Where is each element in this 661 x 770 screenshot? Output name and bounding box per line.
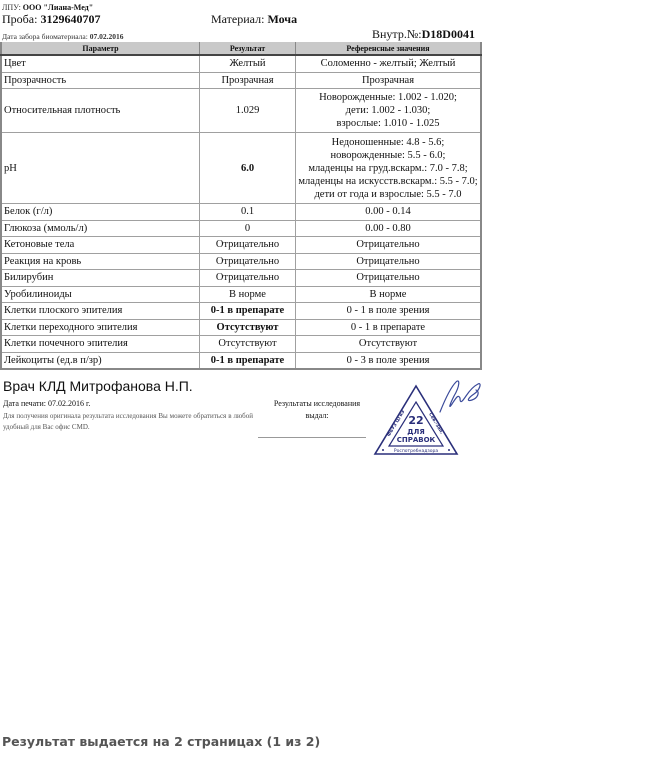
reference-line: новорожденные: 5.5 - 6.0; [298,149,478,162]
parameter-cell: Цвет [1,55,200,72]
reference-cell: 0 - 3 в поле зрения [296,352,482,369]
reference-line: 0 - 3 в поле зрения [298,354,478,367]
reference-cell: 0 - 1 в поле зрения [296,303,482,320]
reference-line: Новорожденные: 1.002 - 1.020; [298,91,478,104]
reference-line: Отсутствуют [298,337,478,350]
internal-number-value: D18D0041 [422,27,475,41]
result-cell: Желтый [200,55,296,72]
reference-line: Недоношенные: 4.8 - 5.6; [298,136,478,149]
stamp-line2: СПРАВОК [397,436,436,444]
result-cell: Прозрачная [200,72,296,89]
parameter-cell: Белок (г/л) [1,204,200,221]
sample-label: Проба: [2,12,40,26]
material-line: Материал: Моча [211,12,297,27]
issued-by-line1: Результаты исследования [262,398,372,410]
table-row: Глюкоза (ммоль/л)00.00 - 0.80 [1,220,481,237]
reference-cell: Отрицательно [296,270,482,287]
reference-line: Соломенно - желтый; Желтый [298,57,478,70]
reference-cell: Недоношенные: 4.8 - 5.6;новорожденные: 5… [296,133,482,204]
table-row: БилирубинОтрицательноОтрицательно [1,270,481,287]
table-row: Белок (г/л)0.10.00 - 0.14 [1,204,481,221]
table-row: ПрозрачностьПрозрачнаяПрозрачная [1,72,481,89]
parameter-cell: Клетки почечного эпителия [1,336,200,353]
reference-cell: 0 - 1 в препарате [296,319,482,336]
table-row: Клетки плоского эпителия0-1 в препарате0… [1,303,481,320]
original-copy-note: Для получения оригинала результата иссле… [3,411,253,433]
reference-line: Отрицательно [298,271,478,284]
parameter-cell: Глюкоза (ммоль/л) [1,220,200,237]
column-header-result: Результат [200,42,296,55]
lpu-value: ООО "Лиана-Мед" [23,3,93,12]
result-cell: 0-1 в препарате [200,303,296,320]
reference-cell: 0.00 - 0.80 [296,220,482,237]
internal-number-line: Внутр.№:D18D0041 [372,27,475,42]
table-header-row: Параметр Результат Референсные значения [1,42,481,55]
signature-line [258,437,366,438]
table-row: Относительная плотность1.029Новорожденны… [1,89,481,133]
issued-by-line2: выдал: [262,410,372,422]
result-cell: Отрицательно [200,237,296,254]
parameter-cell: Клетки переходного эпителия [1,319,200,336]
table-row: ЦветЖелтыйСоломенно - желтый; Желтый [1,55,481,72]
result-cell: Отрицательно [200,253,296,270]
lpu-label: ЛПУ: [2,3,23,12]
collection-date-label: Дата забора биоматериала: [2,32,90,41]
reference-line: младенцы на груд.вскарм.: 7.0 - 7.8; [298,162,478,175]
result-cell: Отрицательно [200,270,296,287]
table-row: Лейкоциты (ед.в п/зр)0-1 в препарате0 - … [1,352,481,369]
table-row: Кетоновые телаОтрицательноОтрицательно [1,237,481,254]
result-cell: 0.1 [200,204,296,221]
reference-cell: Соломенно - желтый; Желтый [296,55,482,72]
parameter-cell: pH [1,133,200,204]
result-cell: Отсутствуют [200,319,296,336]
reference-line: 0.00 - 0.14 [298,205,478,218]
stamp-bottom-text: Роспотребнадзора [394,448,438,454]
reference-cell: В норме [296,286,482,303]
reference-line: дети: 1.002 - 1.030; [298,104,478,117]
internal-number-label: Внутр.№: [372,27,422,41]
parameter-cell: Уробилиноиды [1,286,200,303]
reference-line: Отрицательно [298,255,478,268]
result-cell: Отсутствуют [200,336,296,353]
lpu-line: ЛПУ: ООО "Лиана-Мед" [2,3,93,12]
parameter-cell: Кетоновые тела [1,237,200,254]
reference-line: 0 - 1 в препарате [298,321,478,334]
reference-line: 0.00 - 0.80 [298,222,478,235]
collection-date-value: 07.02.2016 [90,32,124,41]
material-label: Материал: [211,12,267,26]
parameter-cell: Относительная плотность [1,89,200,133]
print-date: Дата печати: 07.02.2016 г. [3,399,90,408]
table-row: Клетки переходного эпителияОтсутствуют0 … [1,319,481,336]
reference-cell: 0.00 - 0.14 [296,204,482,221]
reference-cell: Отсутствуют [296,336,482,353]
table-row: Клетки почечного эпителияОтсутствуютОтсу… [1,336,481,353]
signature-icon [436,376,484,416]
parameter-cell: Билирубин [1,270,200,287]
sample-number: 3129640707 [40,12,100,26]
parameter-cell: Реакция на кровь [1,253,200,270]
result-cell: В норме [200,286,296,303]
parameter-cell: Клетки плоского эпителия [1,303,200,320]
result-cell: 6.0 [200,133,296,204]
reference-line: дети от года и взрослые: 5.5 - 7.0 [298,188,478,201]
page-count-footer: Результат выдается на 2 страницах (1 из … [2,734,320,749]
stamp-line1: ДЛЯ [407,428,424,436]
reference-line: Отрицательно [298,238,478,251]
reference-cell: Отрицательно [296,253,482,270]
reference-cell: Новорожденные: 1.002 - 1.020;дети: 1.002… [296,89,482,133]
doctor-name: Врач КЛД Митрофанова Н.П. [3,378,193,394]
reference-line: 0 - 1 в поле зрения [298,304,478,317]
result-cell: 0-1 в препарате [200,352,296,369]
reference-line: В норме [298,288,478,301]
reference-cell: Отрицательно [296,237,482,254]
results-body: ЦветЖелтыйСоломенно - желтый; ЖелтыйПроз… [1,55,481,369]
table-row: УробилиноидыВ нормеВ норме [1,286,481,303]
column-header-reference: Референсные значения [296,42,482,55]
column-header-parameter: Параметр [1,42,200,55]
table-row: Реакция на кровьОтрицательноОтрицательно [1,253,481,270]
results-table: Параметр Результат Референсные значения … [0,42,482,370]
reference-cell: Прозрачная [296,72,482,89]
table-row: pH6.0Недоношенные: 4.8 - 5.6;новорожденн… [1,133,481,204]
sample-line: Проба: 3129640707 [2,12,100,27]
result-cell: 1.029 [200,89,296,133]
parameter-cell: Прозрачность [1,72,200,89]
material-value: Моча [267,12,297,26]
issued-by-label: Результаты исследования выдал: [262,398,372,422]
reference-line: младенцы на искусств.вскарм.: 5.5 - 7.0; [298,175,478,188]
collection-date-line: Дата забора биоматериала: 07.02.2016 [2,32,123,41]
parameter-cell: Лейкоциты (ед.в п/зр) [1,352,200,369]
reference-line: Прозрачная [298,74,478,87]
reference-line: взрослые: 1.010 - 1.025 [298,117,478,130]
stamp-number: 22 [408,414,423,427]
result-cell: 0 [200,220,296,237]
